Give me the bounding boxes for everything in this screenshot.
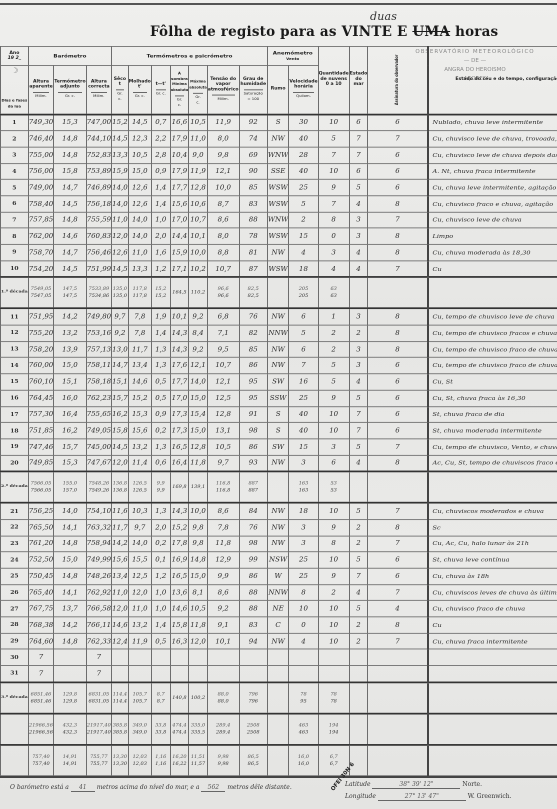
wind-direction-header: Rumo xyxy=(267,66,289,115)
cell-vel xyxy=(289,666,318,683)
cell-hum: 86 xyxy=(239,568,267,584)
decade-value: 887887 xyxy=(239,472,267,503)
cell-max: 8,1 xyxy=(189,584,208,600)
cell-max: 9,8 xyxy=(189,520,208,536)
cell-alt_cor: 762,23 xyxy=(86,390,112,406)
cell-molh: 13,2 xyxy=(128,617,151,633)
sky-observation: Cu, chuviscos leves de chuva às últimas … xyxy=(428,584,557,600)
cell-rumo: NW xyxy=(267,131,289,147)
cell-tens: 8,6 xyxy=(207,212,239,228)
cell-mar: 7 xyxy=(349,131,368,147)
cell-sig: 6 xyxy=(368,358,428,374)
cell-molh: 7,8 xyxy=(128,325,151,341)
cell-min: 17,9 xyxy=(170,131,189,147)
cell-alt_ap: 750,45 xyxy=(28,568,54,584)
cell-alt_cor: 756,46 xyxy=(86,244,112,260)
cell-tens: 11,9 xyxy=(207,114,239,131)
cell-alt_cor: 758,18 xyxy=(86,374,112,390)
cell-diff: 1,4 xyxy=(151,179,170,195)
cell-tens: 7,1 xyxy=(207,325,239,341)
day-number: 9 xyxy=(1,244,29,260)
cell-mar xyxy=(349,666,368,683)
cell-hum: 95 xyxy=(239,374,267,390)
cell-alt_cor: 754,10 xyxy=(86,503,112,520)
sky-observation: Cu, tempo de chuvisco, Vento, e chuva xyxy=(428,439,557,455)
decade-value: 8,78,7 xyxy=(151,682,170,713)
cell-hum xyxy=(239,666,267,683)
cell-hum: 91 xyxy=(239,406,267,422)
cell-max: 10,7 xyxy=(189,212,208,228)
cell-tens: 11,8 xyxy=(207,536,239,552)
cell-vel: 30 xyxy=(289,114,318,131)
day-number: 11 xyxy=(1,309,29,326)
cell-alt_cor: 749,99 xyxy=(86,552,112,568)
cell-alt_ap: 755,20 xyxy=(28,325,54,341)
cell-alt_ap: 758,40 xyxy=(28,196,54,212)
day-number: 14 xyxy=(1,358,29,374)
cell-seco: 12,6 xyxy=(112,244,129,260)
cell-hum: 83 xyxy=(239,617,267,633)
cell-seco: 11,7 xyxy=(112,520,129,536)
cell-hum: 88 xyxy=(239,584,267,600)
cell-mar: 3 xyxy=(349,228,368,244)
totals-label xyxy=(1,745,29,776)
cell-seco xyxy=(112,649,129,665)
decade-value: 9,99,9 xyxy=(151,472,170,503)
cell-alt_cor: 747,67 xyxy=(86,455,112,472)
table-row: 3077 xyxy=(1,649,557,665)
cell-rumo: NNW xyxy=(267,325,289,341)
cell-max: 15,4 xyxy=(189,406,208,422)
cell-molh: 15,0 xyxy=(128,163,151,179)
totals-obs-blank xyxy=(428,745,557,776)
decade-value: 796796 xyxy=(239,682,267,713)
cell-alt_ap: 760,00 xyxy=(28,358,54,374)
cell-min: 14,6 xyxy=(170,601,189,617)
cell-min: 16,5 xyxy=(170,439,189,455)
cell-nuv: 10 xyxy=(318,633,349,649)
cell-rumo: WSW xyxy=(267,228,289,244)
decade-value: 7566,057566,05 xyxy=(28,472,54,503)
cell-seco: 15,9 xyxy=(112,163,129,179)
register-table: Ano19 2_ Barómetro Termómetros e psicróm… xyxy=(0,46,557,776)
sky-observation xyxy=(428,666,557,683)
cell-alt_ap: 755,00 xyxy=(28,147,54,163)
totals-value: 33,833,8 xyxy=(151,713,170,744)
day-number: 4 xyxy=(1,163,29,179)
cell-min: 16,4 xyxy=(170,455,189,472)
cell-seco: 16,2 xyxy=(112,406,129,422)
cell-alt_ap: 7 xyxy=(28,649,54,665)
cell-mar: 5 xyxy=(349,390,368,406)
cell-max: 11,8 xyxy=(189,455,208,472)
cell-molh: 15,2 xyxy=(128,390,151,406)
cell-molh xyxy=(128,666,151,683)
clouds-quantity-header: Quantidade de nuvens 0 a 10 xyxy=(318,46,349,114)
cell-sig xyxy=(368,666,428,683)
cell-mar: 2 xyxy=(349,325,368,341)
cell-alt_ap: 747,46 xyxy=(28,439,54,455)
cell-tens: 9,8 xyxy=(207,147,239,163)
register-body: 1749,3015,3747,0015,214,50,716,610,511,9… xyxy=(1,114,557,775)
cell-vel: 5 xyxy=(289,325,318,341)
table-row: 9758,7014,7756,4612,611,01,615,910,08,88… xyxy=(1,244,557,260)
cell-nuv: 10 xyxy=(318,163,349,179)
cell-alt_cor: 762,92 xyxy=(86,584,112,600)
cell-rumo: WNW xyxy=(267,212,289,228)
wind-speed-header: Velocidade horáriaQuilom. xyxy=(289,66,318,115)
cell-term: 16,4 xyxy=(54,406,86,422)
cell-max: 9,8 xyxy=(189,536,208,552)
monthly-totals-row: 21966,5621966,56432,3432,321917,4021917,… xyxy=(1,713,557,744)
cell-vel: 3 xyxy=(289,455,318,472)
cell-molh: 13,3 xyxy=(128,261,151,278)
cell-mar: 4 xyxy=(349,261,368,278)
table-row: 4756,0015,8753,8915,915,00,917,911,912,1… xyxy=(1,163,557,179)
cell-molh: 15,6 xyxy=(128,423,151,439)
cell-rumo: SW xyxy=(267,374,289,390)
cell-diff: 0,6 xyxy=(151,455,170,472)
cell-alt_ap: 765,40 xyxy=(28,584,54,600)
cell-molh: 14,6 xyxy=(128,374,151,390)
sky-state-header: Estado do céu e do tempo, configuração d… xyxy=(428,46,557,114)
cell-nuv: 9 xyxy=(318,568,349,584)
cell-molh: 14,0 xyxy=(128,228,151,244)
cell-min: 14,3 xyxy=(170,341,189,357)
sky-observation: Cu, chuviscos moderados e chuva xyxy=(428,503,557,520)
cell-max: 10,1 xyxy=(189,228,208,244)
decade-blank xyxy=(349,277,368,308)
cell-nuv: 9 xyxy=(318,390,349,406)
register-sheet: Fôlha de registo para as VINTE E UMA hor… xyxy=(0,0,557,809)
totals-value: 432,3432,3 xyxy=(54,713,86,744)
cell-diff: 0,9 xyxy=(151,163,170,179)
cell-hum: 94 xyxy=(239,633,267,649)
cell-hum: 76 xyxy=(239,520,267,536)
totals-blank xyxy=(368,713,428,744)
decade-value: 96,696,6 xyxy=(207,277,239,308)
cell-alt_ap: 751,95 xyxy=(28,309,54,326)
cell-term: 15,7 xyxy=(54,439,86,455)
cell-tens: 8,6 xyxy=(207,584,239,600)
days-moon-header: ☽ Dias e fases da lua xyxy=(1,66,29,115)
cell-nuv: 7 xyxy=(318,196,349,212)
cell-term: 14,5 xyxy=(54,261,86,278)
cell-rumo: NW xyxy=(267,341,289,357)
difference-header: t—t'Gr. c. xyxy=(151,66,170,115)
cell-diff: 1,0 xyxy=(151,584,170,600)
cell-alt_cor: 766,11 xyxy=(86,617,112,633)
cell-seco: 15,2 xyxy=(112,114,129,131)
day-number: 10 xyxy=(1,261,29,278)
cell-hum: 87 xyxy=(239,261,267,278)
cell-nuv: 2 xyxy=(318,584,349,600)
cell-tens: 6,8 xyxy=(207,309,239,326)
cell-sig: 6 xyxy=(368,374,428,390)
cell-hum: 85 xyxy=(239,179,267,195)
decade-value: 100,2 xyxy=(189,682,208,713)
sky-observation: Ac, Cu, St, tempo de chuviscos fraco e c… xyxy=(428,455,557,472)
totals-value: 9,989,98 xyxy=(207,745,239,776)
cell-min: 15,9 xyxy=(170,244,189,260)
totals-value: 14,9114,91 xyxy=(54,745,86,776)
cell-term: 14,1 xyxy=(54,584,86,600)
cell-nuv: 8 xyxy=(318,212,349,228)
totals-value: 16,2016,22 xyxy=(170,745,189,776)
decade-value: 164,5 xyxy=(170,277,189,308)
day-number: 25 xyxy=(1,568,29,584)
totals-value: 86,586,5 xyxy=(239,745,267,776)
cell-vel: 40 xyxy=(289,406,318,422)
cell-sig: 8 xyxy=(368,520,428,536)
page-title: Fôlha de registo para as VINTE E UMA hor… xyxy=(150,24,498,40)
cell-tens: 10,7 xyxy=(207,261,239,278)
cell-mar: 5 xyxy=(349,552,368,568)
table-row: 8762,0014,6760,8312,014,02,014,410,18,07… xyxy=(1,228,557,244)
cell-diff: 0,5 xyxy=(151,374,170,390)
decade-value: 163163 xyxy=(289,472,318,503)
title-prefix: Fôlha de registo para as xyxy=(150,24,337,40)
table-row: 14760,0015,0758,1114,713,41,317,612,110,… xyxy=(1,358,557,374)
anemometer-header: AnemómetroVento xyxy=(267,46,318,65)
cell-mar: 4 xyxy=(349,196,368,212)
table-row: 20749,8515,3747,6712,011,40,616,411,89,7… xyxy=(1,455,557,472)
cell-min: 15,2 xyxy=(170,520,189,536)
day-number: 8 xyxy=(1,228,29,244)
cell-sig: 6 xyxy=(368,406,428,422)
cell-sig: 6 xyxy=(368,147,428,163)
cell-vel: 40 xyxy=(289,163,318,179)
cell-tens: 8,0 xyxy=(207,131,239,147)
day-number: 5 xyxy=(1,179,29,195)
cell-alt_ap: 767,75 xyxy=(28,601,54,617)
day-number: 3 xyxy=(1,147,29,163)
totals-value: 474,4474,4 xyxy=(170,713,189,744)
cell-vel: 3 xyxy=(289,520,318,536)
cell-max: 14,8 xyxy=(189,552,208,568)
decade-value: 5353 xyxy=(318,472,349,503)
cell-max xyxy=(189,666,208,683)
table-row: 3755,0014,8752,8313,310,52,810,49,09,869… xyxy=(1,147,557,163)
cell-rumo: WNW xyxy=(267,147,289,163)
cell-rumo: NE xyxy=(267,601,289,617)
day-number: 31 xyxy=(1,666,29,683)
cell-hum: 98 xyxy=(239,536,267,552)
totals-value: 21917,4021917,40 xyxy=(86,713,112,744)
cell-max: 8,4 xyxy=(189,325,208,341)
cell-nuv xyxy=(318,666,349,683)
cell-sig: 8 xyxy=(368,244,428,260)
cell-mar: 7 xyxy=(349,147,368,163)
cell-alt_ap: 761,20 xyxy=(28,536,54,552)
decade-obs-blank xyxy=(428,472,557,503)
cell-rumo xyxy=(267,666,289,683)
totals-value: 385,8385,8 xyxy=(112,713,129,744)
cell-alt_ap: 749,00 xyxy=(28,179,54,195)
cell-term: 13,2 xyxy=(54,325,86,341)
totals-value xyxy=(267,745,289,776)
cell-mar: 7 xyxy=(349,406,368,422)
cell-sig: 8 xyxy=(368,309,428,326)
cell-alt_cor: 755,65 xyxy=(86,406,112,422)
cell-vel: 6 xyxy=(289,309,318,326)
cell-nuv: 3 xyxy=(318,244,349,260)
longitude-value: 27° 13' 47" xyxy=(378,793,466,801)
cell-hum: 81 xyxy=(239,244,267,260)
cell-seco: 12,0 xyxy=(112,228,129,244)
cell-seco: 14,5 xyxy=(112,439,129,455)
sky-observation: Cu, St, chuva fraca às 16,30 xyxy=(428,390,557,406)
cell-min: 10,1 xyxy=(170,309,189,326)
table-row: 16764,4516,0762,2315,715,20,517,015,012,… xyxy=(1,390,557,406)
monthly-totals-row: 757,40757,4014,9114,91755,77755,7713,301… xyxy=(1,745,557,776)
cell-nuv: 7 xyxy=(318,147,349,163)
cell-max: 11,8 xyxy=(189,617,208,633)
sky-observation: St, chuva fraca de dia xyxy=(428,406,557,422)
cell-alt_ap: 754,20 xyxy=(28,261,54,278)
cell-sig: 8 xyxy=(368,617,428,633)
cell-tens: 9,1 xyxy=(207,617,239,633)
cell-rumo: S xyxy=(267,423,289,439)
cell-molh: 13,2 xyxy=(128,439,151,455)
cell-sig: 4 xyxy=(368,601,428,617)
cell-alt_cor: 749,80 xyxy=(86,309,112,326)
totals-value: 13,3013,30 xyxy=(112,745,129,776)
cell-vel: 7 xyxy=(289,358,318,374)
decade-value: 7878 xyxy=(318,682,349,713)
cell-tens: 8,0 xyxy=(207,228,239,244)
cell-hum: 82 xyxy=(239,325,267,341)
day-number: 23 xyxy=(1,536,29,552)
cell-mar: 5 xyxy=(349,439,368,455)
cell-hum: 95 xyxy=(239,390,267,406)
cell-min: 17,3 xyxy=(170,423,189,439)
dry-bulb-header: Sêco tGr. c. xyxy=(112,66,129,115)
table-row: 3177 xyxy=(1,666,557,683)
day-number: 20 xyxy=(1,455,29,472)
cell-diff: 1,3 xyxy=(151,358,170,374)
cell-tens xyxy=(207,649,239,665)
cell-nuv: 4 xyxy=(318,261,349,278)
decade-value: 6363 xyxy=(318,277,349,308)
table-row: 5749,0014,7746,8914,012,61,417,712,810,0… xyxy=(1,179,557,195)
cell-sig: 6 xyxy=(368,179,428,195)
totals-value: 11,5111,57 xyxy=(189,745,208,776)
cell-alt_ap: 764,60 xyxy=(28,633,54,649)
cell-term: 14,8 xyxy=(54,131,86,147)
decade-blank xyxy=(349,682,368,713)
table-row: 17757,3016,4755,6516,215,30,917,315,412,… xyxy=(1,406,557,422)
cell-diff xyxy=(151,666,170,683)
sky-observation: Cu, St xyxy=(428,374,557,390)
cell-alt_cor: 766,58 xyxy=(86,601,112,617)
barometer-distance-value: 562 xyxy=(201,784,225,792)
sky-observation xyxy=(428,649,557,665)
decade-blank xyxy=(368,472,428,503)
cell-diff: 0,2 xyxy=(151,536,170,552)
cell-sig: 6 xyxy=(368,552,428,568)
cell-hum: 85 xyxy=(239,341,267,357)
cell-molh: 12,6 xyxy=(128,179,151,195)
cell-diff: 0,5 xyxy=(151,390,170,406)
title-vinte: VINTE E xyxy=(342,24,408,40)
cell-term: 15,0 xyxy=(54,358,86,374)
top-border xyxy=(0,3,557,5)
sky-observation: A. Nt, chuva fraca intermitente xyxy=(428,163,557,179)
cell-hum: 90 xyxy=(239,163,267,179)
longitude-line: Longitude 27° 13' 47" W. Greenwich. xyxy=(345,793,511,801)
sky-observation: Cu, chuvisco leve de chuva depois das 6h xyxy=(428,147,557,163)
cell-alt_ap: 7 xyxy=(28,666,54,683)
cell-diff: 2,8 xyxy=(151,147,170,163)
cell-alt_cor: 763,32 xyxy=(86,520,112,536)
totals-value: 25082508 xyxy=(239,713,267,744)
table-row: 29764,6014,8762,3312,411,90,516,312,010,… xyxy=(1,633,557,649)
cell-term: 14,8 xyxy=(54,568,86,584)
cell-term xyxy=(54,649,86,665)
cell-term: 13,7 xyxy=(54,601,86,617)
cell-nuv: 1 xyxy=(318,309,349,326)
cell-vel: 0 xyxy=(289,617,318,633)
cell-diff: 1,9 xyxy=(151,309,170,326)
cell-nuv: 10 xyxy=(318,423,349,439)
totals-value: 757,40757,40 xyxy=(28,745,54,776)
cell-rumo: C xyxy=(267,617,289,633)
cell-tens: 9,7 xyxy=(207,455,239,472)
cell-min: 17,0 xyxy=(170,390,189,406)
decade-value: 114,4114,4 xyxy=(112,682,129,713)
cell-seco: 13,0 xyxy=(112,341,129,357)
cell-tens: 12,9 xyxy=(207,552,239,568)
table-row: 24752,5015,0749,9915,615,50,116,914,812,… xyxy=(1,552,557,568)
sky-observation: Cu, tempo de chuvisco leve de chuva xyxy=(428,309,557,326)
decade-blank xyxy=(368,277,428,308)
cell-vel xyxy=(289,649,318,665)
cell-alt_cor: 758,11 xyxy=(86,358,112,374)
cell-seco: 14,5 xyxy=(112,131,129,147)
totals-obs-blank xyxy=(428,713,557,744)
cell-alt_ap: 751,85 xyxy=(28,423,54,439)
barometer-height-value: 41 xyxy=(71,784,95,792)
cell-alt_cor: 746,89 xyxy=(86,179,112,195)
cell-molh: 11,9 xyxy=(128,633,151,649)
cell-molh: 12,6 xyxy=(128,196,151,212)
cell-tens: 13,1 xyxy=(207,423,239,439)
cell-max: 11,9 xyxy=(189,163,208,179)
cell-mar: 7 xyxy=(349,423,368,439)
cell-mar: 2 xyxy=(349,633,368,649)
decade-value: 82,582,5 xyxy=(239,277,267,308)
day-number: 15 xyxy=(1,374,29,390)
table-row: 27767,7513,7766,5812,011,01,014,610,59,2… xyxy=(1,601,557,617)
cell-rumo: WSW xyxy=(267,179,289,195)
cell-nuv: 10 xyxy=(318,406,349,422)
cell-nuv: 2 xyxy=(318,325,349,341)
table-row: 18751,8516,2749,0515,815,60,217,315,013,… xyxy=(1,423,557,439)
cell-mar: 2 xyxy=(349,520,368,536)
cell-vel: 25 xyxy=(289,568,318,584)
decade-value: 88,088,0 xyxy=(207,682,239,713)
sky-observation: Cu, chuva moderada às 18,30 xyxy=(428,244,557,260)
day-number: 13 xyxy=(1,341,29,357)
cell-term: 14,5 xyxy=(54,196,86,212)
cell-hum: 69 xyxy=(239,147,267,163)
table-row: 28768,3814,2766,1114,613,21,415,811,89,1… xyxy=(1,617,557,633)
cell-molh: 11,0 xyxy=(128,244,151,260)
cell-rumo: NW xyxy=(267,633,289,649)
decade-value: 139,1 xyxy=(189,472,208,503)
decade-value xyxy=(267,472,289,503)
